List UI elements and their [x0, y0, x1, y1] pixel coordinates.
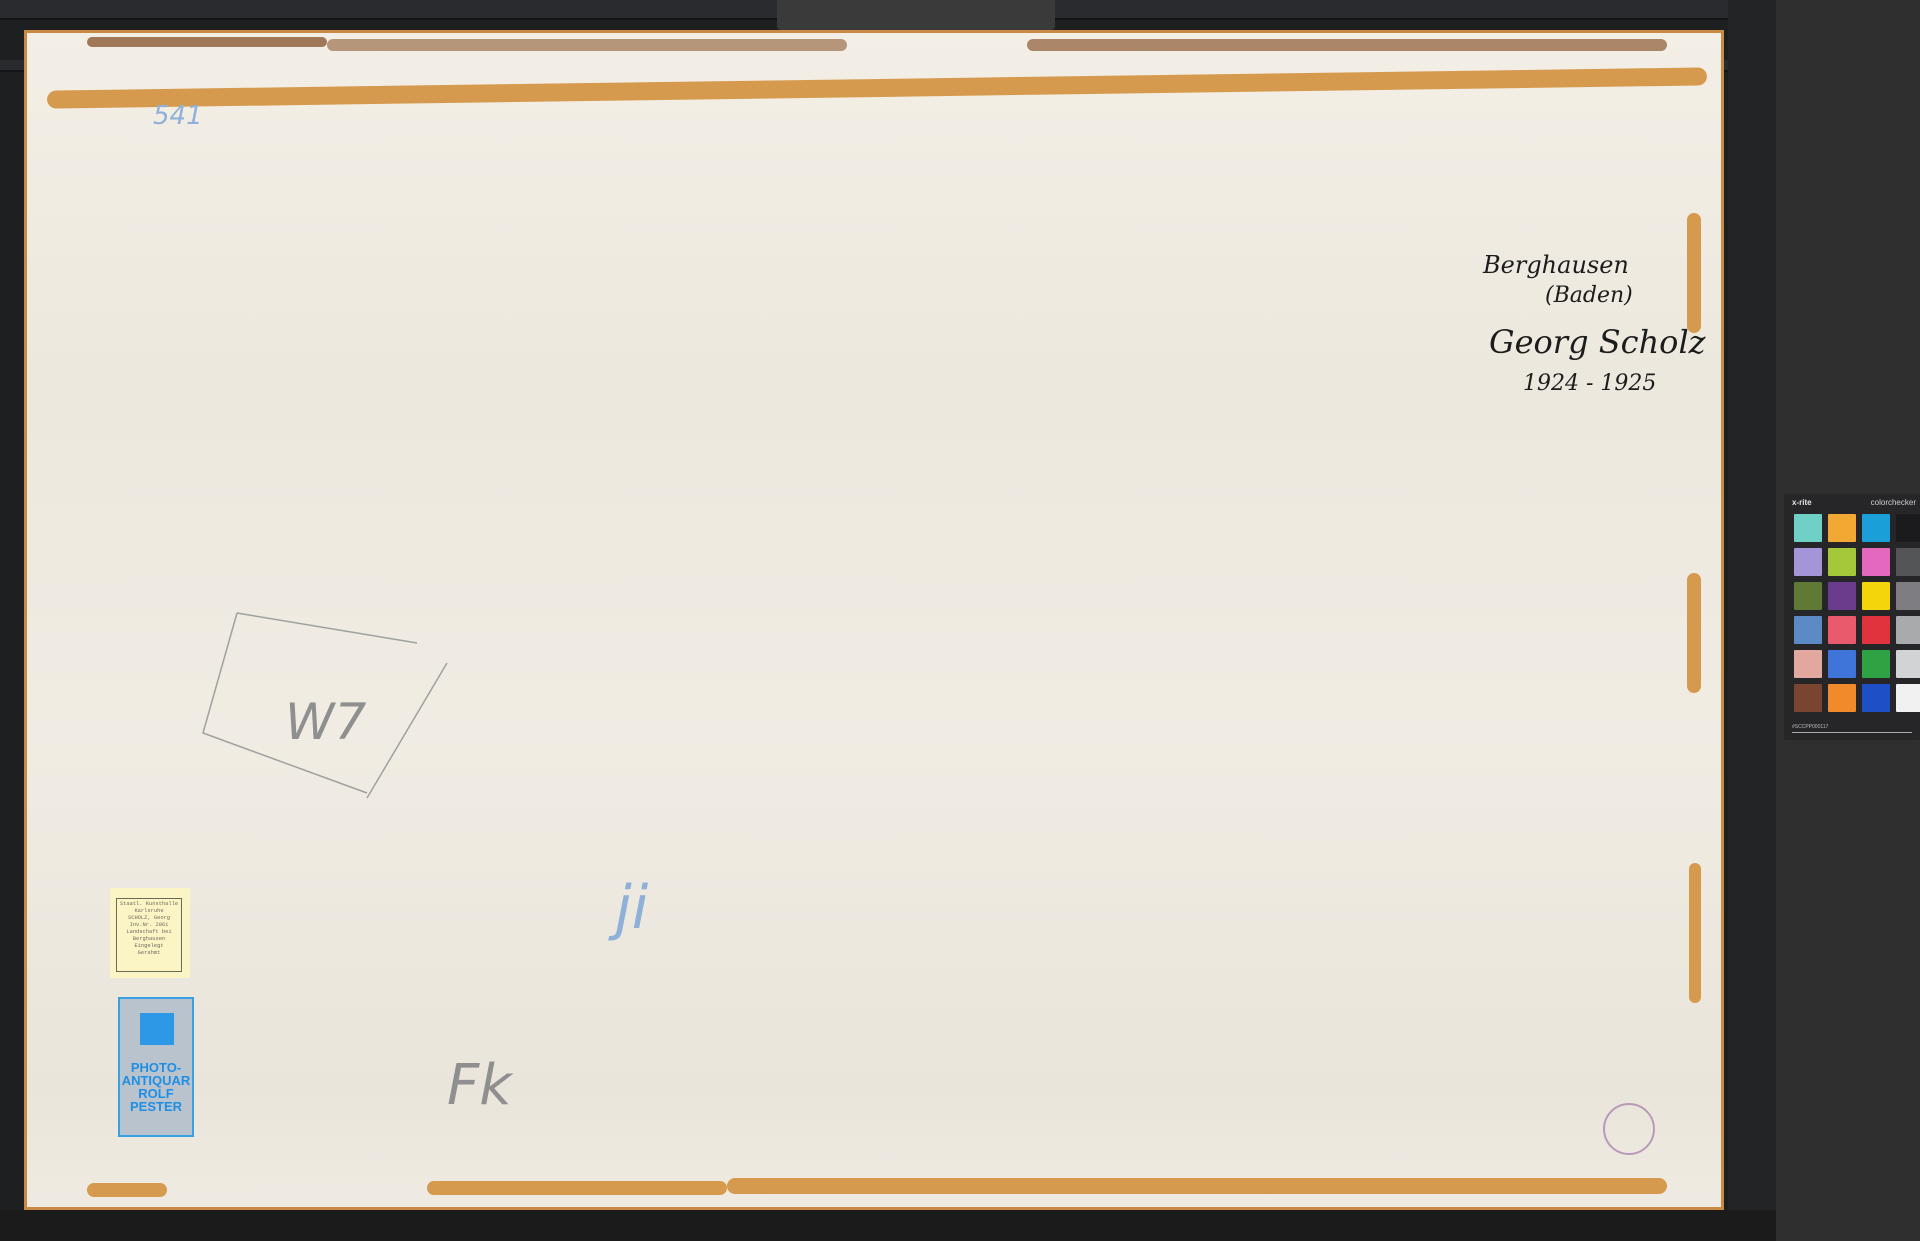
color-patch	[1828, 684, 1856, 712]
inventory-number: 541	[153, 101, 203, 131]
stain	[1027, 39, 1667, 51]
pencil-mark-w7: W7	[285, 693, 366, 751]
checker-grid	[1794, 514, 1920, 712]
easel-side	[1728, 0, 1776, 1241]
label-line: Inv.Nr. 2861	[117, 922, 181, 929]
stain	[327, 39, 847, 51]
color-patch	[1862, 582, 1890, 610]
dealer-label: PHOTO- ANTIQUAR ROLF PESTER	[118, 997, 194, 1137]
label-line: Staatl. Kunsthalle	[117, 901, 181, 908]
color-patch	[1896, 514, 1920, 542]
color-patch	[1862, 514, 1890, 542]
color-patch	[1828, 650, 1856, 678]
inscription-dates: 1924 - 1925	[1523, 371, 1656, 396]
label-line: Eingelegt	[117, 943, 181, 950]
label-line: SCHOLZ, Georg	[117, 915, 181, 922]
label-line: Gerahmt	[117, 950, 181, 957]
color-patch	[1828, 616, 1856, 644]
checker-brand: x-rite	[1792, 498, 1812, 507]
color-patch	[1794, 616, 1822, 644]
stain	[1687, 573, 1701, 693]
inscription-region: (Baden)	[1545, 283, 1633, 308]
label-line: PESTER	[120, 1100, 192, 1113]
building-icon	[140, 1013, 174, 1045]
color-patch	[1862, 684, 1890, 712]
checker-product: colorchecker	[1871, 498, 1916, 507]
color-patch	[1896, 582, 1920, 610]
inscription-artist: Georg Scholz	[1489, 323, 1706, 361]
color-patch	[1862, 616, 1890, 644]
easel-bottom	[0, 1210, 1776, 1241]
easel-clamp	[777, 0, 1055, 30]
color-patch	[1794, 582, 1822, 610]
label-line: Landschaft bei	[117, 929, 181, 936]
color-patch	[1828, 514, 1856, 542]
color-checker: x-rite colorchecker #SCCPP000117	[1784, 494, 1920, 740]
color-patch	[1896, 650, 1920, 678]
inscription-location: Berghausen	[1483, 251, 1629, 279]
color-patch	[1896, 684, 1920, 712]
painting-verso: 541 Berghausen (Baden) Georg Scholz 1924…	[24, 30, 1724, 1210]
checker-serial: #SCCPP000117	[1792, 724, 1828, 730]
museum-stamp	[1603, 1103, 1655, 1155]
checker-ruler	[1792, 732, 1912, 737]
label-line: Karlsruhe	[117, 908, 181, 915]
color-patch	[1794, 548, 1822, 576]
color-patch	[1896, 616, 1920, 644]
stain	[1687, 213, 1701, 333]
stain	[87, 1183, 167, 1197]
museum-label: Staatl. Kunsthalle Karlsruhe SCHOLZ, Geo…	[110, 888, 190, 978]
stain	[727, 1178, 1667, 1194]
color-patch	[1828, 582, 1856, 610]
stain	[427, 1181, 727, 1195]
color-patch	[1794, 684, 1822, 712]
blue-scribble: ji	[615, 873, 648, 943]
stain-band	[47, 67, 1707, 108]
color-patch	[1862, 650, 1890, 678]
stain	[87, 37, 327, 47]
label-line: Berghausen	[117, 936, 181, 943]
color-patch	[1828, 548, 1856, 576]
color-patch	[1896, 548, 1920, 576]
color-patch	[1794, 514, 1822, 542]
stain	[1689, 863, 1701, 1003]
color-patch	[1862, 548, 1890, 576]
pencil-scribble: Fk	[447, 1053, 512, 1118]
color-patch	[1794, 650, 1822, 678]
